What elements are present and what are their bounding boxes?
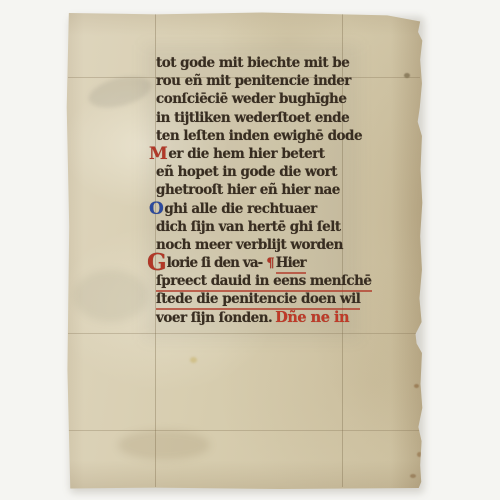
paragraph-mark-icon: ¶ [266,256,273,271]
line-text: er die hem hier betert [168,146,324,162]
rubric-incipit: Dñe ne in [275,309,349,326]
underlined-text: ſpreect dauid in eens menſchē [156,273,372,292]
line-text: ghi alle die rechtuaer [164,201,316,217]
text-line-10: dich ſijn van hertē ghi ſelt [156,218,352,236]
text-line-13: ſpreect dauid in eens menſchē [156,272,352,290]
text-line-8: ghetrooſt hier eñ hier nae [156,181,352,199]
text-line-1: tot gode mit biechte mit be [156,54,352,72]
text-line-12: Glorie ſi den va-¶Hier [156,254,352,272]
dark-spot [404,73,410,78]
foxing-spot [414,384,419,388]
text-block: tot gode mit biechte mit be rou eñ mit p… [156,54,352,327]
text-line-2: rou eñ mit penitencie inder [156,72,352,90]
ruling-line-horizontal-bottom [68,430,420,431]
text-line-7: eñ hopet in gode die wort [156,163,352,181]
grey-stain [74,270,148,322]
photo-background: tot gode mit biechte mit be rou eñ mit p… [0,0,500,500]
text-line-11: noch meer verblijt worden [156,236,352,254]
text-line-3: conſciēciē weder bughīghe [156,90,352,108]
text-line-9: Oghi alle die rechtuaer [156,200,352,218]
text-line-5: ten leſten inden ewighē dode [156,127,352,145]
manuscript-leaf: tot gode mit biechte mit be rou eñ mit p… [66,12,423,489]
text-line-14: ſtede die penitencie doen wil [156,290,352,308]
line-text: voer ſijn ſonden. [156,310,272,326]
text-line-15: voer ſijn ſonden.Dñe ne in [156,309,352,327]
line-text: lorie ſi den va- [167,255,263,271]
lombard-initial-m: M [149,144,167,164]
text-line-6: Mer die hem hier betert [156,145,352,163]
foxing-spot [410,474,416,478]
brown-stain [118,430,210,460]
yellow-fleck [190,357,197,363]
text-line-4: in tijtliken wederſtoet ende [156,109,352,127]
lombard-initial-o: O [149,199,163,219]
rubric-word: Hier [276,255,306,274]
underlined-text: ſtede die penitencie doen wil [156,291,360,310]
